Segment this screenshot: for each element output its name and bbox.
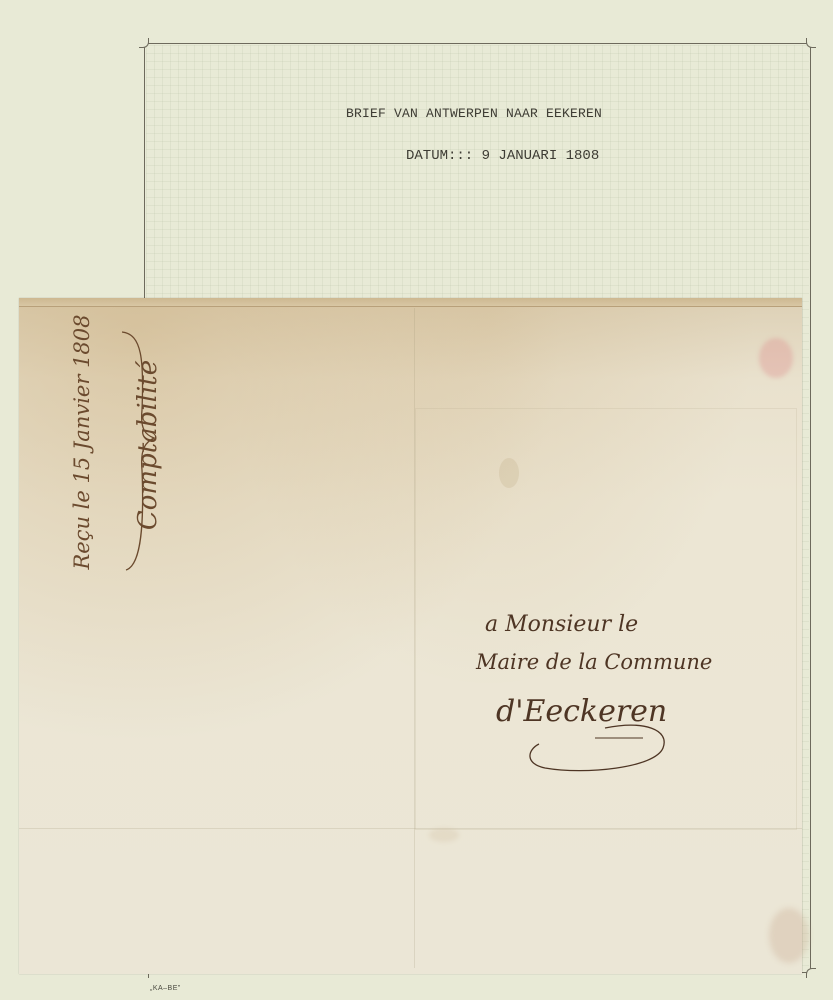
red-seal-remnant [759, 338, 793, 378]
address-line-title: Maire de la Commune [476, 650, 712, 674]
paper-stain [429, 828, 459, 842]
docket-brace-flourish [120, 330, 160, 575]
address-line-recipient: a Monsieur le [485, 612, 638, 637]
frame-corner-ornament [806, 38, 816, 48]
docket-received-line: Reçu le 15 Janvier 1808 [70, 312, 94, 572]
frame-corner-ornament [806, 968, 816, 978]
album-page-heading: BRIEF VAN ANTWERPEN NAAR EEKEREN [346, 106, 602, 121]
frame-corner-ornament [139, 38, 149, 48]
album-page-date: DATUM::: 9 JANUARI 1808 [406, 148, 599, 164]
letter-top-edge [19, 298, 802, 307]
address-underline-flourish [525, 720, 675, 780]
paper-stain [499, 458, 519, 488]
paper-stain [769, 908, 809, 963]
album-publisher-mark: „KA–BE” [150, 985, 181, 992]
